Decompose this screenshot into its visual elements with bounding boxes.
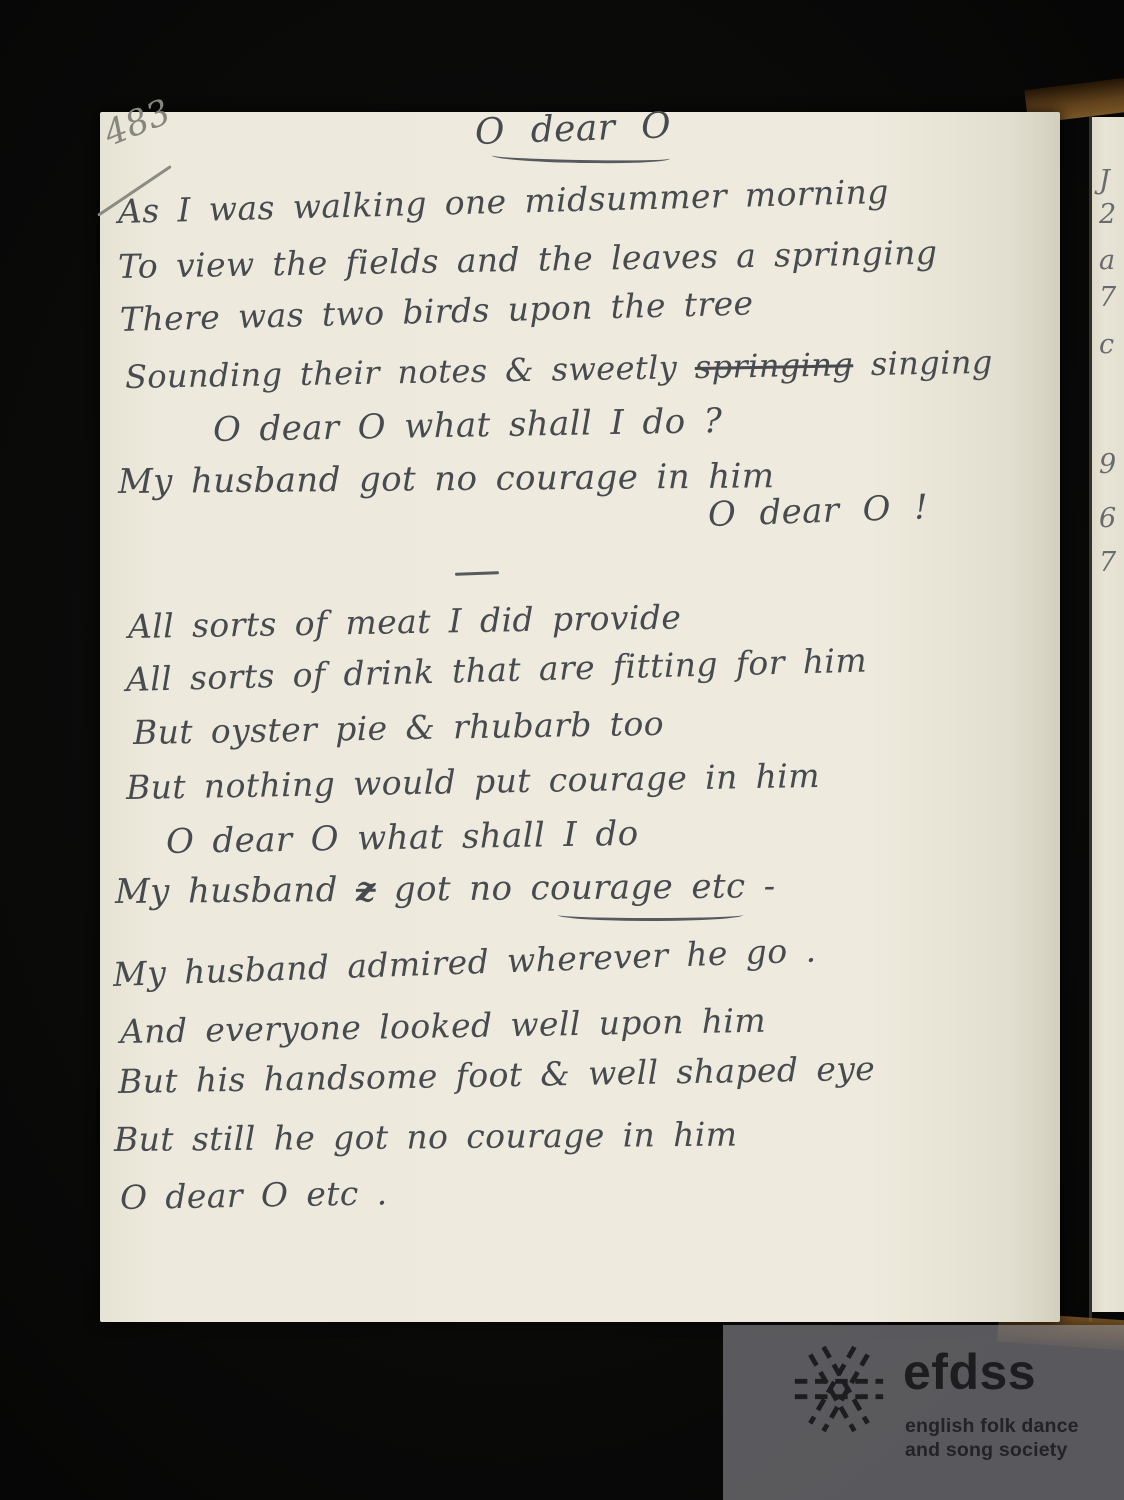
- chorus-line: O dear O what shall I do ?: [213, 401, 723, 450]
- facing-page-text-fragment: c: [1099, 329, 1114, 360]
- handwritten-line: But his handsome foot & well shaped eye: [118, 1049, 876, 1101]
- scanned-manuscript-photo: 483 O dear O As I was walking one midsum…: [0, 0, 1124, 1500]
- verse-divider-dash: [455, 571, 499, 576]
- manuscript-page: 483 O dear O As I was walking one midsum…: [100, 112, 1060, 1322]
- handwritten-line: And everyone looked well upon him: [120, 1001, 767, 1051]
- chorus-line: My husband got no courage in him: [118, 456, 775, 502]
- efdss-snowflake-icon: [791, 1341, 887, 1437]
- line-text: got no courage etc -: [376, 866, 776, 909]
- handwritten-line: But still he got no courage in him: [114, 1115, 738, 1159]
- efdss-logo-text: efdss: [903, 1347, 1036, 1397]
- facing-page-text-fragment: 9: [1099, 449, 1116, 480]
- efdss-tagline: and song society: [905, 1441, 1068, 1461]
- facing-page-edge: J 2 a 7 c 9 6 7: [1092, 117, 1124, 1312]
- title-underline: [492, 146, 670, 164]
- handwritten-line-with-correction: Sounding their notes & sweetly springing…: [125, 343, 993, 396]
- efdss-watermark: efdss english folk dance and song societ…: [723, 1325, 1124, 1500]
- handwritten-line: All sorts of meat I did provide: [128, 597, 682, 646]
- handwritten-line: O dear O etc .: [120, 1173, 388, 1217]
- handwritten-line: To view the fields and the leaves a spri…: [118, 233, 938, 286]
- line-text: Sounding their notes & sweetly: [125, 348, 695, 396]
- page-number: 483: [99, 92, 177, 155]
- crossed-out-mark: z: [356, 870, 376, 910]
- handwritten-line: My husband admired wherever he go .: [112, 930, 817, 994]
- facing-page-text-fragment: 7: [1099, 282, 1116, 313]
- facing-page-text-fragment: a: [1099, 245, 1115, 276]
- chorus-refrain: O dear O !: [707, 487, 929, 535]
- line-text: My husband: [115, 870, 356, 912]
- handwritten-line: There was two birds upon the tree: [119, 283, 753, 339]
- efdss-tagline: english folk dance: [905, 1417, 1079, 1437]
- facing-page-text-fragment: 6: [1099, 503, 1116, 534]
- handwritten-line: But oyster pie & rhubarb too: [133, 704, 665, 752]
- handwritten-line: All sorts of drink that are fitting for …: [125, 641, 867, 699]
- facing-page-text-fragment: 2: [1099, 199, 1116, 230]
- chorus-line: O dear O what shall I do: [166, 814, 639, 862]
- facing-page-text-fragment: J: [1099, 165, 1110, 196]
- verse-divider-curve: [558, 906, 743, 921]
- facing-page-text-fragment: 7: [1099, 547, 1116, 578]
- line-text: singing: [853, 343, 993, 383]
- handwritten-line: But nothing would put courage in him: [126, 756, 821, 807]
- crossed-out-word: springing: [694, 345, 853, 386]
- handwritten-line: As I was walking one midsummer morning: [117, 172, 889, 231]
